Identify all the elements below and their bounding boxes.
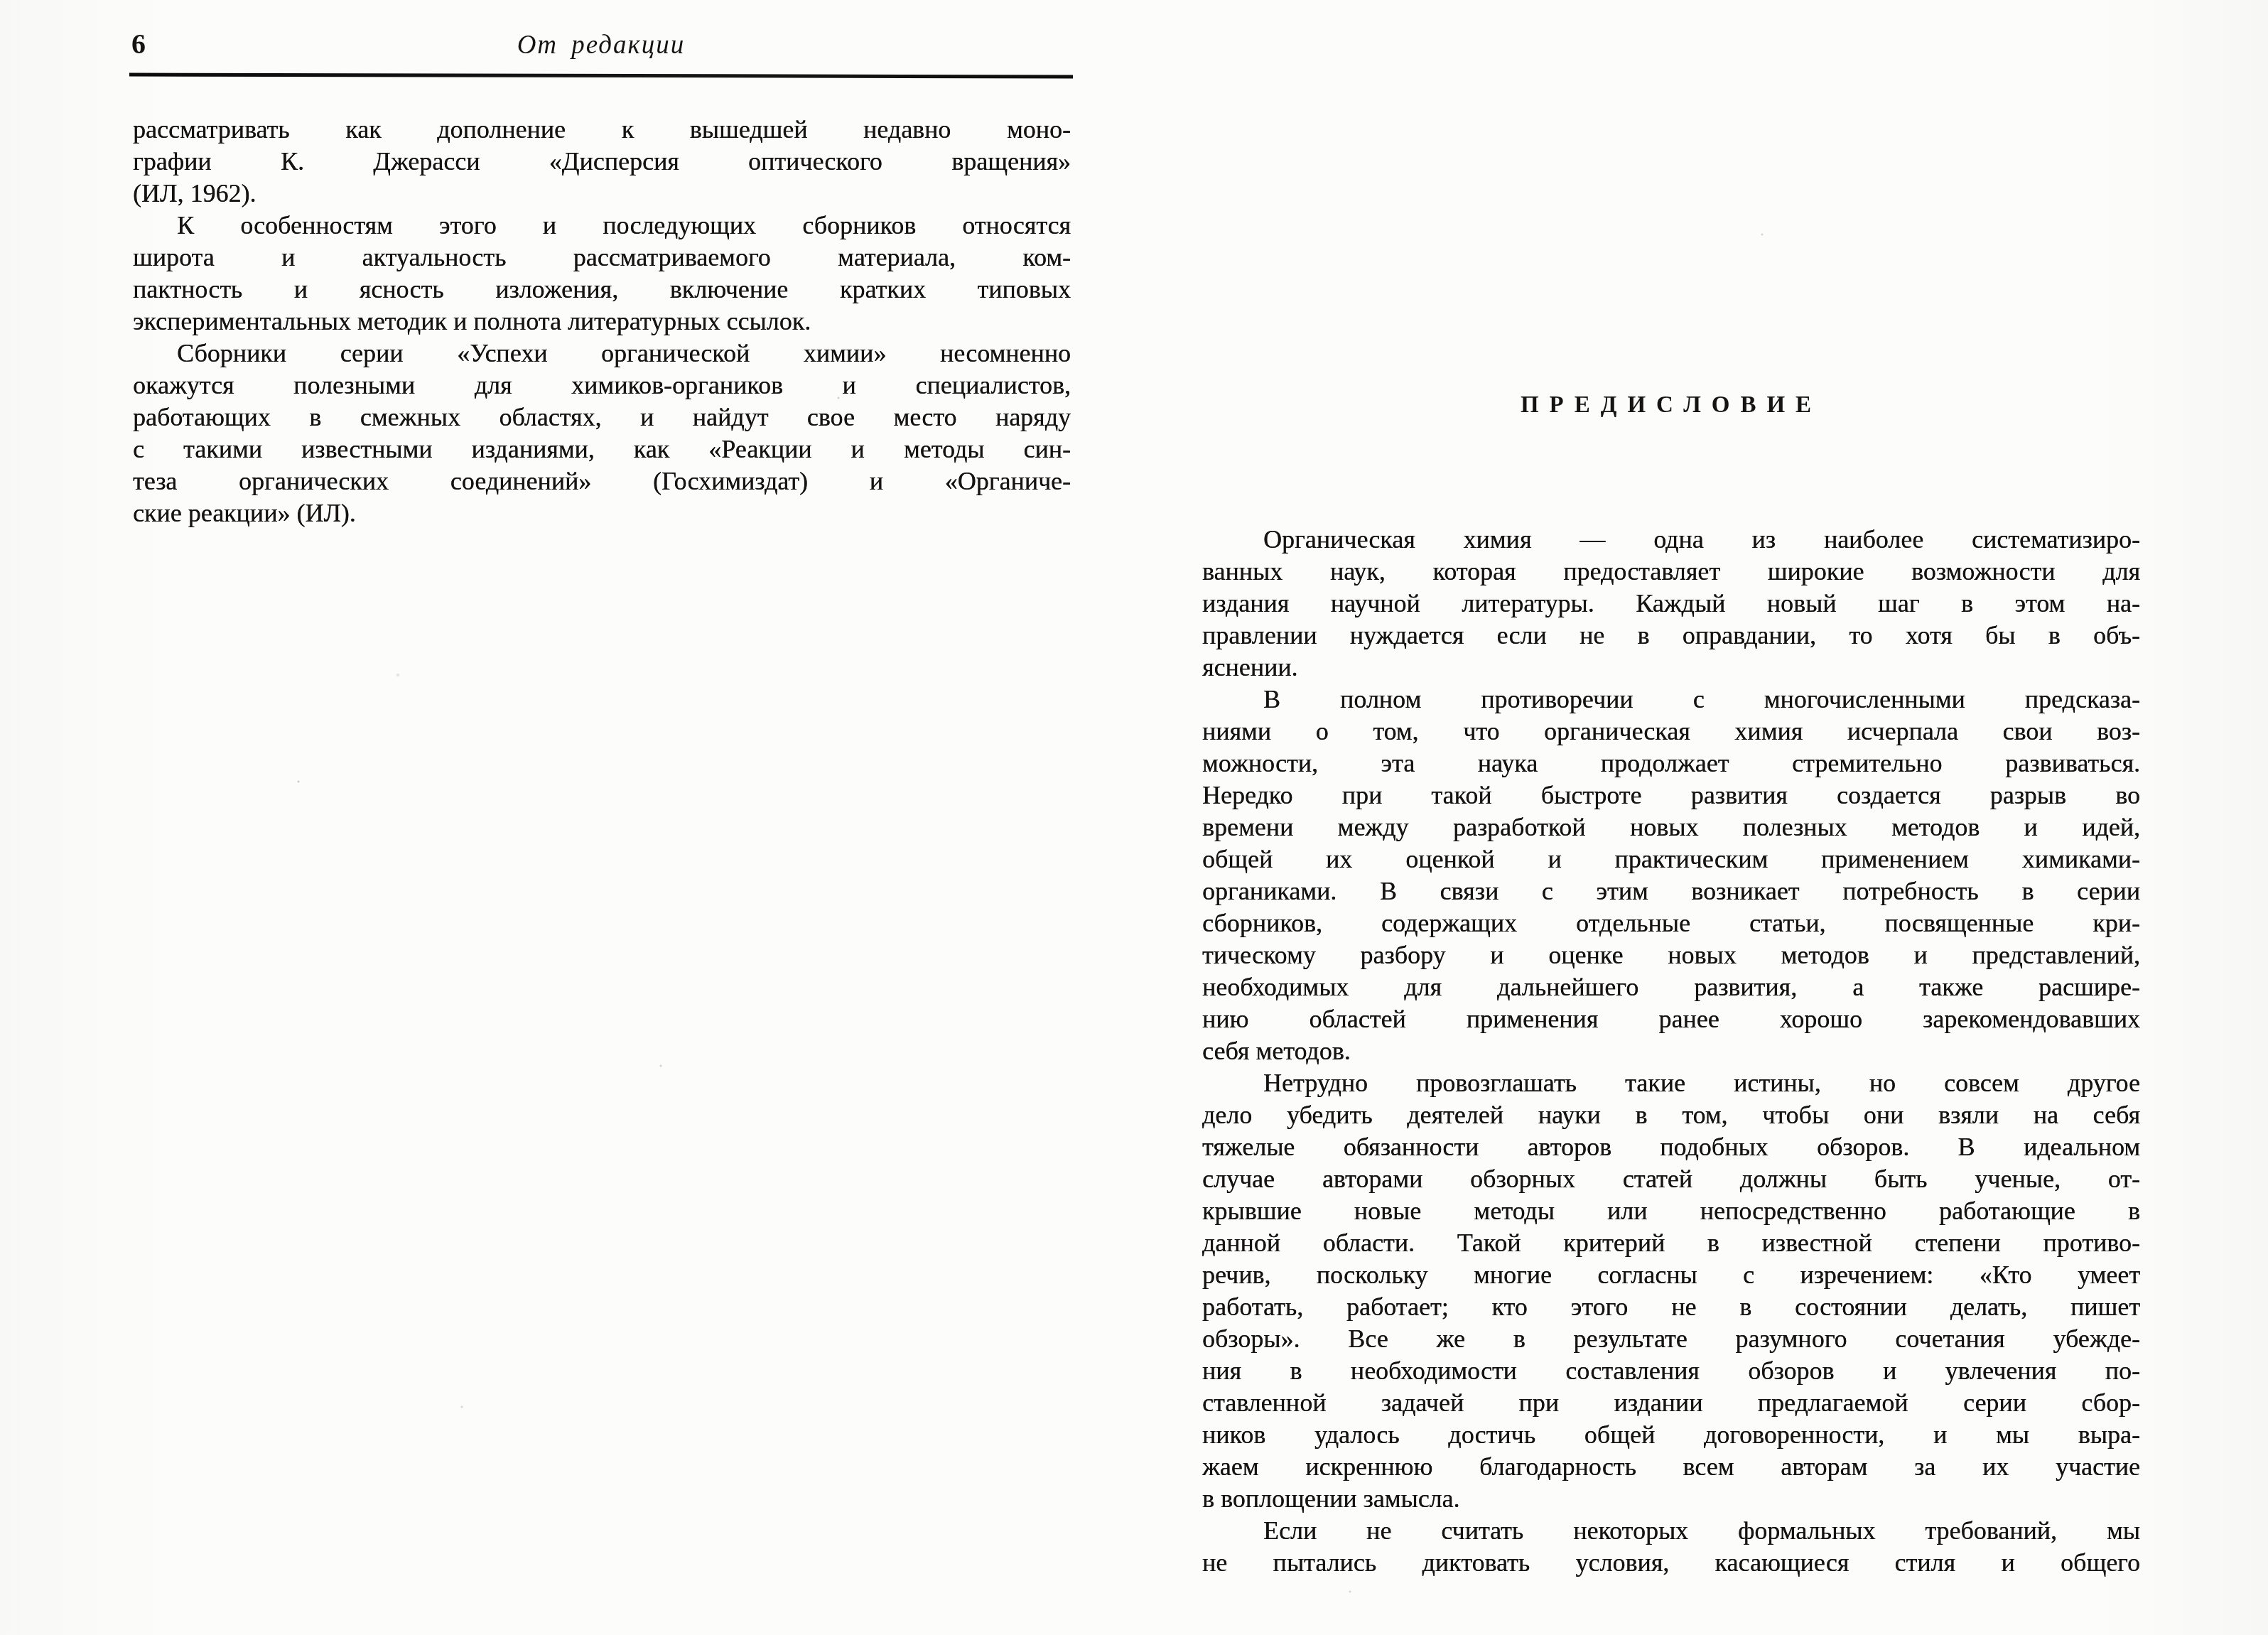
text-line: себя методов. <box>1202 1035 2140 1067</box>
text-line: В полном противоречии с многочисленными … <box>1202 684 2140 716</box>
header-rule <box>129 73 1073 79</box>
page-right: ПРЕДИСЛОВИЕ Органическая химия — одна из… <box>1134 0 2268 1635</box>
text-line: яснении. <box>1202 652 2140 684</box>
text-line: рассматривать как дополнение к вышедшей … <box>133 114 1071 146</box>
text-line: теза органических соединений» (Госхимизд… <box>133 465 1071 497</box>
text-line: речив, поскольку многие согласны с изреч… <box>1202 1259 2140 1291</box>
text-line: необходимых для дальнейшего развития, а … <box>1202 971 2140 1003</box>
page-left: 6 От редакции рассматривать как дополнен… <box>0 0 1134 1635</box>
text-line: дело убедить деятелей науки в том, чтобы… <box>1202 1099 2140 1131</box>
text-line: случае авторами обзорных статей должны б… <box>1202 1163 2140 1195</box>
text-line: пактность и ясность изложения, включение… <box>133 274 1071 306</box>
text-line: Нередко при такой быстроте развития созд… <box>1202 779 2140 811</box>
text-line: можности, эта наука продолжает стремител… <box>1202 748 2140 779</box>
text-line: работать, работает; кто этого не в состо… <box>1202 1291 2140 1323</box>
text-line: жаем искреннюю благодарность всем автора… <box>1202 1451 2140 1483</box>
text-line: нию областей применения ранее хорошо зар… <box>1202 1003 2140 1035</box>
paragraph: Органическая химия — одна из наиболее си… <box>1202 524 2140 684</box>
paragraph: Нетрудно провозглашать такие истины, но … <box>1202 1067 2140 1515</box>
text-line: общей их оценкой и практическим применен… <box>1202 843 2140 875</box>
text-line: ставленной задачей при издании предлагае… <box>1202 1387 2140 1419</box>
text-line: ниями о том, что органическая химия исче… <box>1202 716 2140 748</box>
text-line: тяжелые обязанности авторов подобных обз… <box>1202 1131 2140 1163</box>
text-line: тическому разбору и оценке новых методов… <box>1202 939 2140 971</box>
paragraph: В полном противоречии с многочисленными … <box>1202 684 2140 1067</box>
text-line: ния в необходимости составления обзоров … <box>1202 1355 2140 1387</box>
text-line: Нетрудно провозглашать такие истины, но … <box>1202 1067 2140 1099</box>
left-page-text: рассматривать как дополнение к вышедшей … <box>133 114 1071 529</box>
text-line: данной области. Такой критерий в известн… <box>1202 1227 2140 1259</box>
text-line: К особенностям этого и последующих сборн… <box>133 210 1071 242</box>
text-line: органиками. В связи с этим возникает пот… <box>1202 875 2140 907</box>
paragraph: рассматривать как дополнение к вышедшей … <box>133 114 1071 210</box>
text-line: ников удалось достичь общей договореннос… <box>1202 1419 2140 1451</box>
text-line: с такими известными изданиями, как «Реак… <box>133 433 1071 465</box>
text-line: обзоры». Все же в результате разумного с… <box>1202 1323 2140 1355</box>
text-line: ские реакции» (ИЛ). <box>133 497 1071 529</box>
text-line: широта и актуальность рассматриваемого м… <box>133 242 1071 274</box>
paragraph: К особенностям этого и последующих сборн… <box>133 210 1071 338</box>
paragraph: Если не считать некоторых формальных тре… <box>1202 1515 2140 1579</box>
text-line: правлении нуждается если не в оправдании… <box>1202 620 2140 652</box>
right-page-text: Органическая химия — одна из наиболее си… <box>1202 524 2140 1579</box>
text-line: работающих в смежных областях, и найдут … <box>133 401 1071 433</box>
text-line: сборников, содержащих отдельные статьи, … <box>1202 907 2140 939</box>
text-line: экспериментальных методик и полнота лите… <box>133 306 1071 338</box>
text-line: Органическая химия — одна из наиболее си… <box>1202 524 2140 556</box>
text-line: издания научной литературы. Каждый новый… <box>1202 588 2140 620</box>
paragraph: Сборники серии «Успехи органической хими… <box>133 338 1071 529</box>
text-line: не пытались диктовать условия, касающиес… <box>1202 1547 2140 1579</box>
text-line: (ИЛ, 1962). <box>133 178 1071 210</box>
text-line: окажутся полезными для химиков-органиков… <box>133 369 1071 401</box>
text-line: в воплощении замысла. <box>1202 1483 2140 1515</box>
text-line: графии К. Джерасси «Дисперсия оптическог… <box>133 146 1071 178</box>
text-line: ванных наук, которая предоставляет широк… <box>1202 556 2140 588</box>
book-scan-spread: 6 От редакции рассматривать как дополнен… <box>0 0 2268 1635</box>
running-head: От редакции <box>131 30 1071 60</box>
text-line: крывшие новые методы или непосредственно… <box>1202 1195 2140 1227</box>
preface-heading: ПРЕДИСЛОВИЕ <box>1202 392 2140 419</box>
text-line: Если не считать некоторых формальных тре… <box>1202 1515 2140 1547</box>
text-line: Сборники серии «Успехи органической хими… <box>133 338 1071 369</box>
text-line: времени между разработкой новых полезных… <box>1202 811 2140 843</box>
